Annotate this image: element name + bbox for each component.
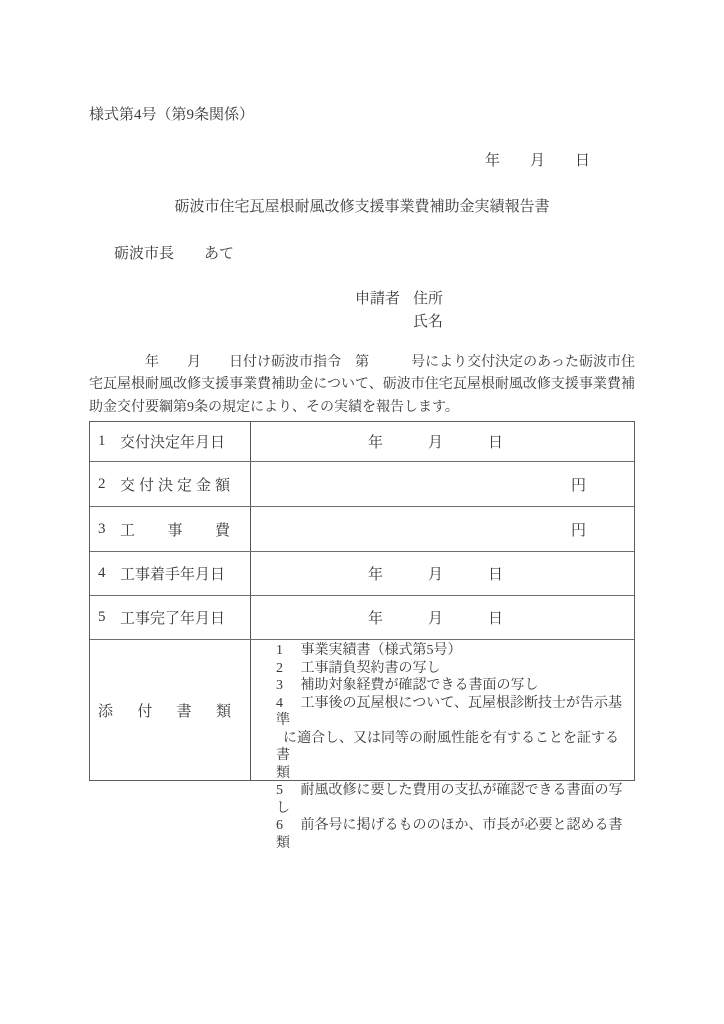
row-label: 工事着手年月日	[120, 563, 230, 584]
row-number: 5	[98, 609, 120, 626]
attachment-item: 6 前各号に掲げるもののほか、市長が必要と認める書類	[263, 817, 632, 852]
subsidy-report-table: 1 交付決定年月日 年 月 日 2 交付決定金額 円 3 工事費 円	[89, 421, 635, 781]
row-number: 2	[98, 476, 120, 493]
row-label-cell: 1 交付決定年月日	[90, 422, 251, 461]
row-value-cell: 円	[251, 462, 634, 506]
applicant-address-label: 住所	[413, 288, 443, 311]
table-row-attachments: 添付書類 1 事業実績書（様式第5号） 2 工事請負契約書の写し 3 補助対象経…	[90, 639, 634, 780]
applicant-block: 申請者 住所 氏名	[355, 288, 635, 334]
row-number: 4	[98, 565, 120, 582]
applicant-label: 申請者	[355, 288, 400, 334]
row-number: 1	[98, 433, 120, 450]
applicant-fields: 住所 氏名	[413, 288, 443, 334]
date-line: 年 月 日	[89, 150, 635, 172]
document-page: 様式第4号（第9条関係） 年 月 日 砺波市住宅瓦屋根耐風改修支援事業費補助金実…	[0, 0, 724, 1024]
row-value-cell: 年 月 日	[251, 422, 634, 461]
date-placeholder: 年 月 日	[251, 607, 634, 628]
date-placeholder: 年 月 日	[251, 431, 634, 452]
yen-unit-label: 円	[251, 519, 634, 540]
row-label: 工事完了年月日	[120, 607, 230, 628]
attachment-item: 4 工事後の瓦屋根について、瓦屋根診断技士が告示基準 に適合し、又は同等の耐風性…	[263, 695, 632, 783]
table-row-grant-amount: 2 交付決定金額 円	[90, 461, 634, 506]
row-label-cell: 5 工事完了年月日	[90, 596, 251, 639]
applicant-name-label: 氏名	[413, 311, 443, 334]
attachment-item: 2 工事請負契約書の写し	[263, 660, 632, 678]
row-value-cell: 円	[251, 507, 634, 551]
table-row-grant-decision-date: 1 交付決定年月日 年 月 日	[90, 422, 634, 461]
attachment-item: 1 事業実績書（様式第5号）	[263, 642, 632, 660]
addressee-line: 砺波市長 あて	[89, 243, 635, 265]
attachment-item: 3 補助対象経費が確認できる書面の写し	[263, 677, 632, 695]
table-row-construction-end-date: 5 工事完了年月日 年 月 日	[90, 595, 634, 639]
attachment-item: 5 耐風改修に要した費用の支払が確認できる書面の写し	[263, 782, 632, 817]
table-row-construction-start-date: 4 工事着手年月日 年 月 日	[90, 551, 634, 595]
page-title: 砺波市住宅瓦屋根耐風改修支援事業費補助金実績報告書	[89, 196, 635, 218]
row-label: 工事費	[120, 519, 230, 540]
row-label-cell: 3 工事費	[90, 507, 251, 551]
row-value-cell: 年 月 日	[251, 552, 634, 595]
body-paragraph: 年 月 日付け砺波市指令 第 号により交付決定のあった砺波市住宅瓦屋根耐風改修支…	[89, 352, 635, 419]
row-label: 交付決定年月日	[120, 431, 230, 452]
row-label-cell: 4 工事着手年月日	[90, 552, 251, 595]
yen-unit-label: 円	[251, 474, 634, 495]
row-label-cell: 2 交付決定金額	[90, 462, 251, 506]
row-value-cell: 年 月 日	[251, 596, 634, 639]
date-placeholder: 年 月 日	[251, 563, 634, 584]
row-label: 交付決定金額	[120, 474, 230, 495]
form-number: 様式第4号（第9条関係）	[89, 104, 635, 126]
row-number: 3	[98, 521, 120, 538]
row-label-cell: 添付書類	[90, 640, 251, 780]
table-row-construction-cost: 3 工事費 円	[90, 506, 634, 551]
attachments-list: 1 事業実績書（様式第5号） 2 工事請負契約書の写し 3 補助対象経費が確認で…	[251, 640, 634, 780]
attachments-label: 添付書類	[98, 700, 231, 721]
